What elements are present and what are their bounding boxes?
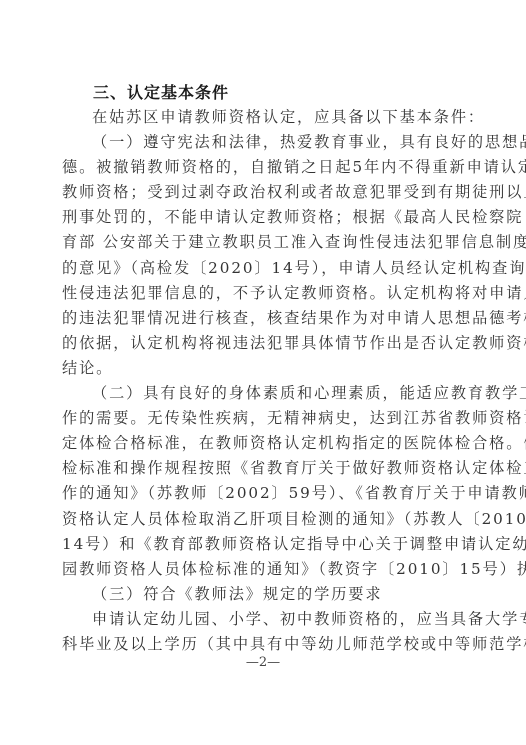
paragraph-line: 科毕业及以上学历（其中具有中等幼儿师范学校或中等师范学校 <box>62 632 464 657</box>
condition-paragraph-2: （二）具有良好的身体素质和心理素质，能适应教育教学工 作的需要。无传染性疾病，无… <box>62 381 464 582</box>
paragraph-line: 检标准和操作规程按照《省教育厅关于做好教师资格认定体检工 <box>62 456 464 481</box>
document-page: 三、认定基本条件 在姑苏区申请教师资格认定，应具备以下基本条件： （一）遵守宪法… <box>0 0 526 745</box>
document-body: 三、认定基本条件 在姑苏区申请教师资格认定，应具备以下基本条件： （一）遵守宪法… <box>62 80 464 657</box>
paragraph-line: 德。被撤销教师资格的，自撤销之日起5年内不得重新申请认定 <box>62 155 464 180</box>
paragraph-line: （二）具有良好的身体素质和心理素质，能适应教育教学工 <box>62 381 464 406</box>
page-number: —2— <box>0 655 526 670</box>
paragraph-line: 14号）和《教育部教师资格认定指导中心关于调整申请认定幼儿 <box>62 532 464 557</box>
condition-paragraph-1: （一）遵守宪法和法律，热爱教育事业，具有良好的思想品 德。被撤销教师资格的，自撤… <box>62 130 464 381</box>
paragraph-line: （一）遵守宪法和法律，热爱教育事业，具有良好的思想品 <box>62 130 464 155</box>
paragraph-line: 的依据，认定机构将视违法犯罪具体情节作出是否认定教师资格 <box>62 331 464 356</box>
paragraph-line: 教师资格；受到过剥夺政治权利或者故意犯罪受到有期徒刑以上 <box>62 180 464 205</box>
paragraph-line: 定体检合格标准，在教师资格认定机构指定的医院体检合格。体 <box>62 431 464 456</box>
intro-line: 在姑苏区申请教师资格认定，应具备以下基本条件： <box>62 105 464 130</box>
paragraph-line: 的违法犯罪情况进行核查，核查结果作为对申请人思想品德考核 <box>62 306 464 331</box>
section-heading: 三、认定基本条件 <box>62 80 464 105</box>
education-requirement-paragraph: 申请认定幼儿园、小学、初中教师资格的，应当具备大学专 科毕业及以上学历（其中具有… <box>62 607 464 657</box>
paragraph-line: 刑事处罚的，不能申请认定教师资格；根据《最高人民检察院 教 <box>62 205 464 230</box>
paragraph-line: 园教师资格人员体检标准的通知》（教资字〔2010〕15号）执行。 <box>62 557 464 582</box>
paragraph-line: 性侵违法犯罪信息的，不予认定教师资格。认定机构将对申请人 <box>62 281 464 306</box>
paragraph-line: 的意见》（高检发〔2020〕14号），申请人员经认定机构查询有 <box>62 256 464 281</box>
paragraph-line: 结论。 <box>62 356 464 381</box>
paragraph-line: 作的通知》（苏教师〔2002〕59号）、《省教育厅关于申请教师 <box>62 481 464 506</box>
condition-paragraph-3: （三）符合《教师法》规定的学历要求 <box>62 582 464 607</box>
paragraph-line: 育部 公安部关于建立教职员工准入查询性侵违法犯罪信息制度 <box>62 230 464 255</box>
paragraph-line: 申请认定幼儿园、小学、初中教师资格的，应当具备大学专 <box>62 607 464 632</box>
paragraph-line: （三）符合《教师法》规定的学历要求 <box>62 582 464 607</box>
paragraph-line: 作的需要。无传染性疾病，无精神病史，达到江苏省教师资格认 <box>62 406 464 431</box>
intro-paragraph: 在姑苏区申请教师资格认定，应具备以下基本条件： <box>62 105 464 130</box>
paragraph-line: 资格认定人员体检取消乙肝项目检测的通知》（苏教人〔2010〕 <box>62 507 464 532</box>
